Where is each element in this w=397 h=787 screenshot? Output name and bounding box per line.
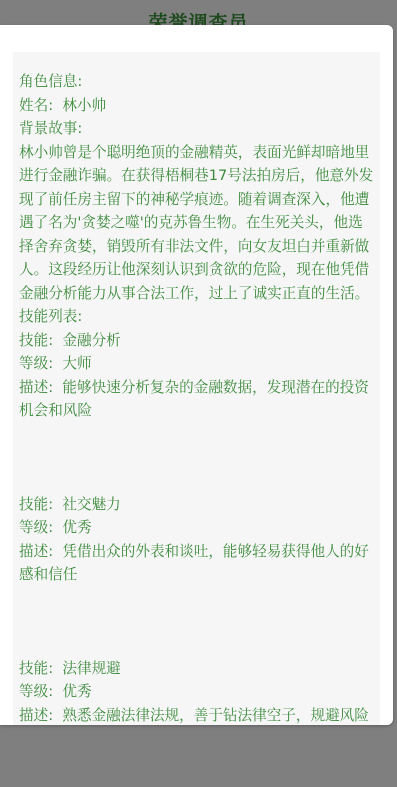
skill-entry: 技能: 法律规避 等级: 优秀 描述: 熟悉金融法律法规，善于钻法律空子，规避风… [19, 657, 374, 726]
skill-level: 等级: 优秀 [19, 516, 374, 540]
skill-name: 技能: 社交魅力 [19, 493, 374, 517]
character-name: 姓名: 林小帅 [19, 94, 374, 118]
character-info-dialog: 角色信息: 姓名: 林小帅 背景故事: 林小帅曾是个聪明绝顶的金融精英，表面光鲜… [0, 25, 393, 725]
skill-entry: 技能: 社交魅力 等级: 优秀 描述: 凭借出众的外表和谈吐，能够轻易获得他人的… [19, 493, 374, 587]
skills-label: 技能列表: [19, 305, 374, 329]
skill-name: 技能: 法律规避 [19, 657, 374, 681]
skill-description: 描述: 凭借出众的外表和谈吐，能够轻易获得他人的好感和信任 [19, 540, 374, 587]
spacer [19, 423, 374, 493]
skill-description: 描述: 熟悉金融法律法规，善于钻法律空子，规避风险 [19, 704, 374, 726]
character-info-content[interactable]: 角色信息: 姓名: 林小帅 背景故事: 林小帅曾是个聪明绝顶的金融精英，表面光鲜… [13, 52, 380, 725]
skill-name: 技能: 金融分析 [19, 329, 374, 353]
skill-description: 描述: 能够快速分析复杂的金融数据，发现潜在的投资机会和风险 [19, 376, 374, 423]
skill-entry: 技能: 金融分析 等级: 大师 描述: 能够快速分析复杂的金融数据，发现潜在的投… [19, 329, 374, 423]
skill-level: 等级: 优秀 [19, 680, 374, 704]
background-story: 林小帅曾是个聪明绝顶的金融精英，表面光鲜却暗地里进行金融诈骗。在获得梧桐巷17号… [19, 141, 374, 306]
section-label: 角色信息: [19, 70, 374, 94]
skill-level: 等级: 大师 [19, 352, 374, 376]
spacer [19, 587, 374, 657]
story-label: 背景故事: [19, 117, 374, 141]
